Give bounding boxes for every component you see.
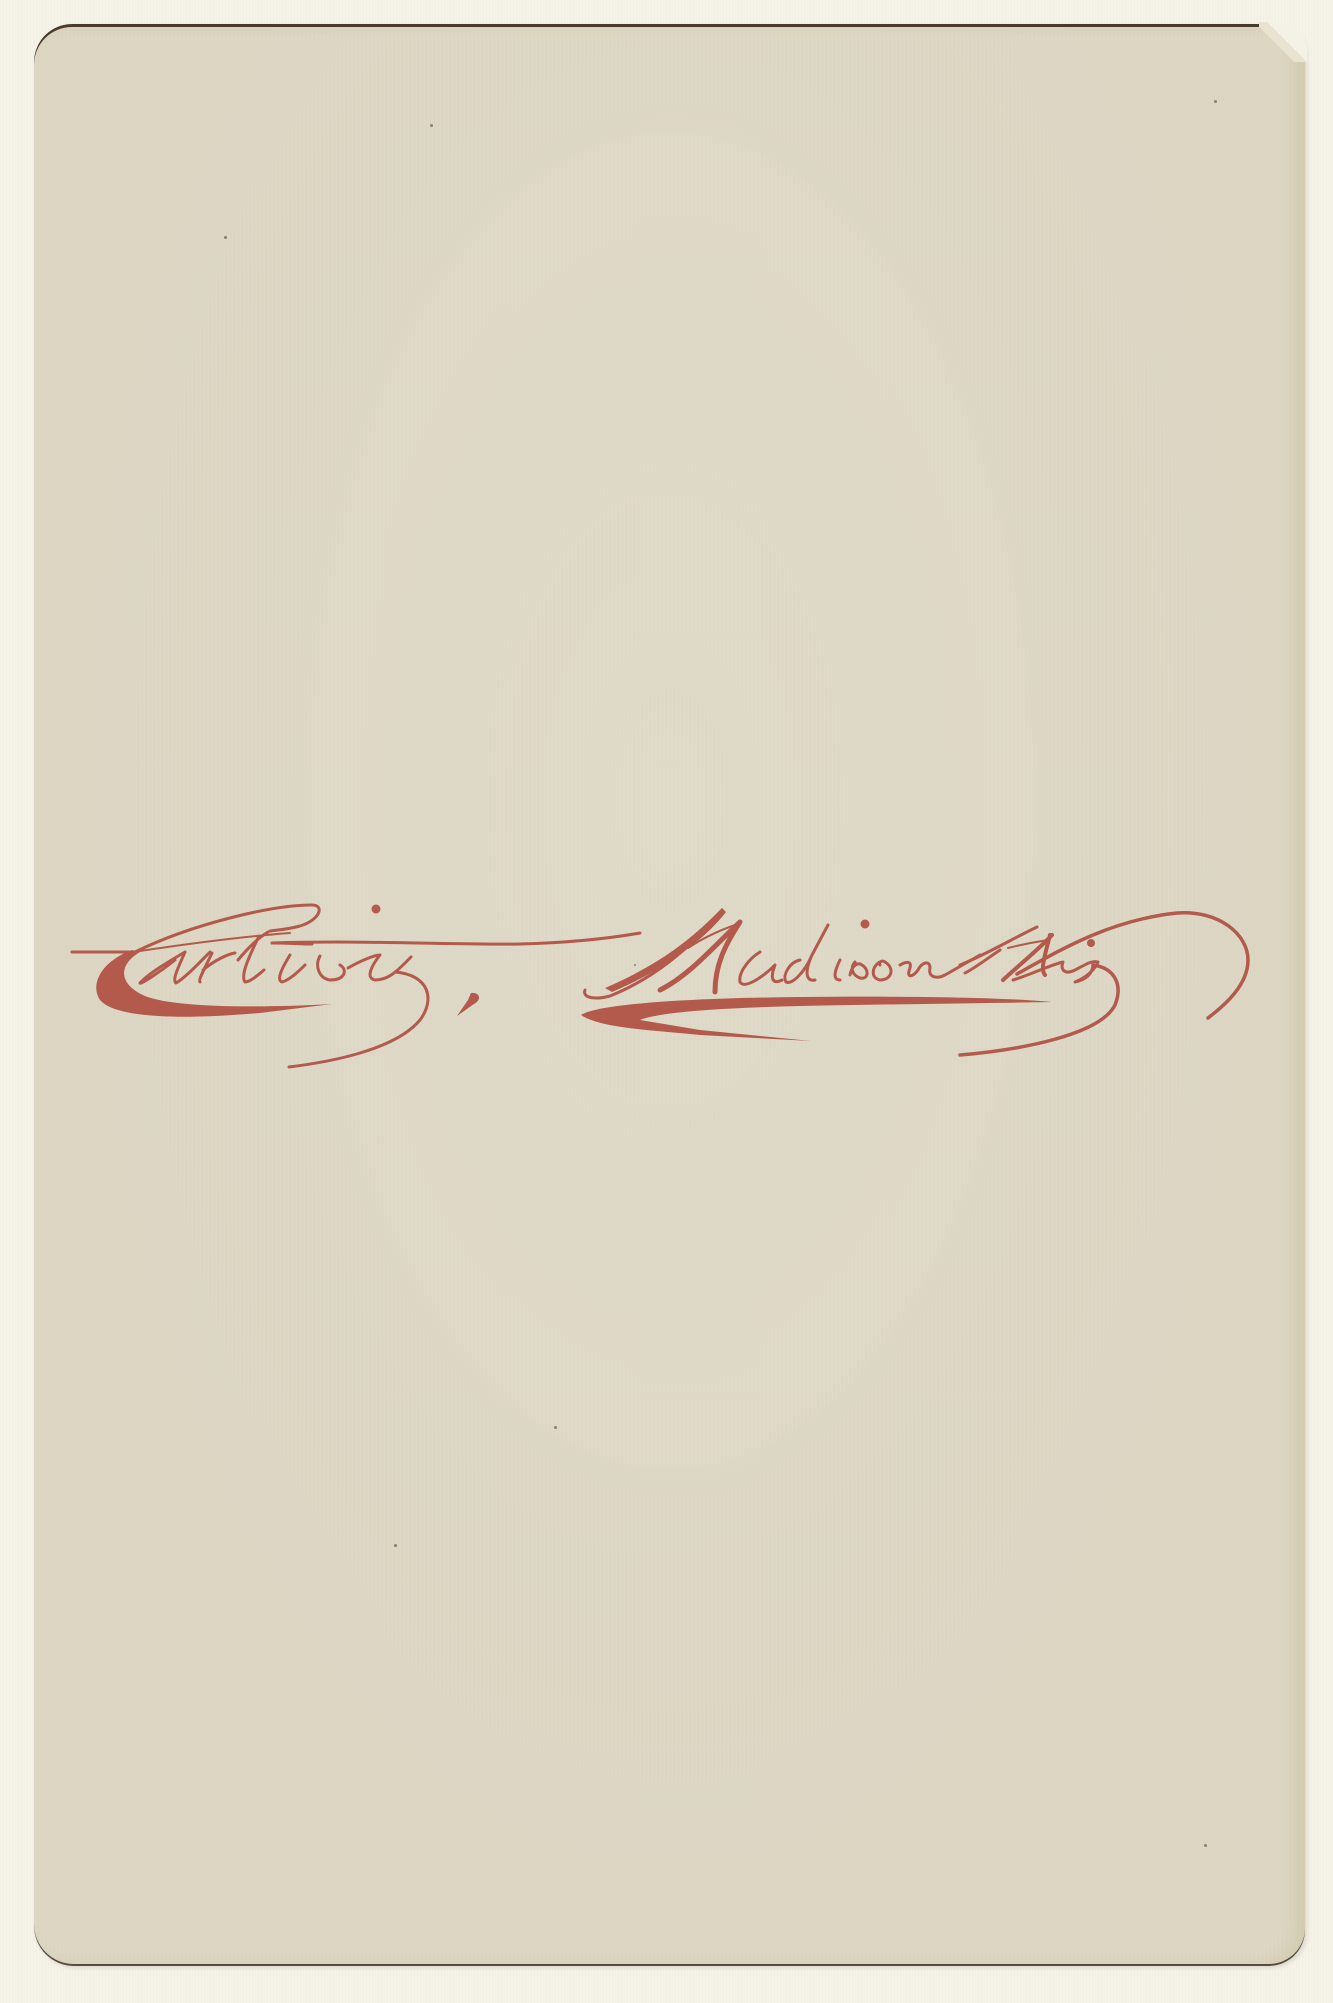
paper-speck [224, 236, 227, 239]
cabinet-card-back [34, 24, 1305, 1966]
paper-speck [634, 964, 636, 966]
paper-speck [394, 1544, 397, 1547]
paper-speck [430, 124, 433, 127]
paper-speck [1204, 1844, 1207, 1847]
paper-speck [1214, 100, 1217, 103]
paper-speck [554, 1426, 557, 1429]
